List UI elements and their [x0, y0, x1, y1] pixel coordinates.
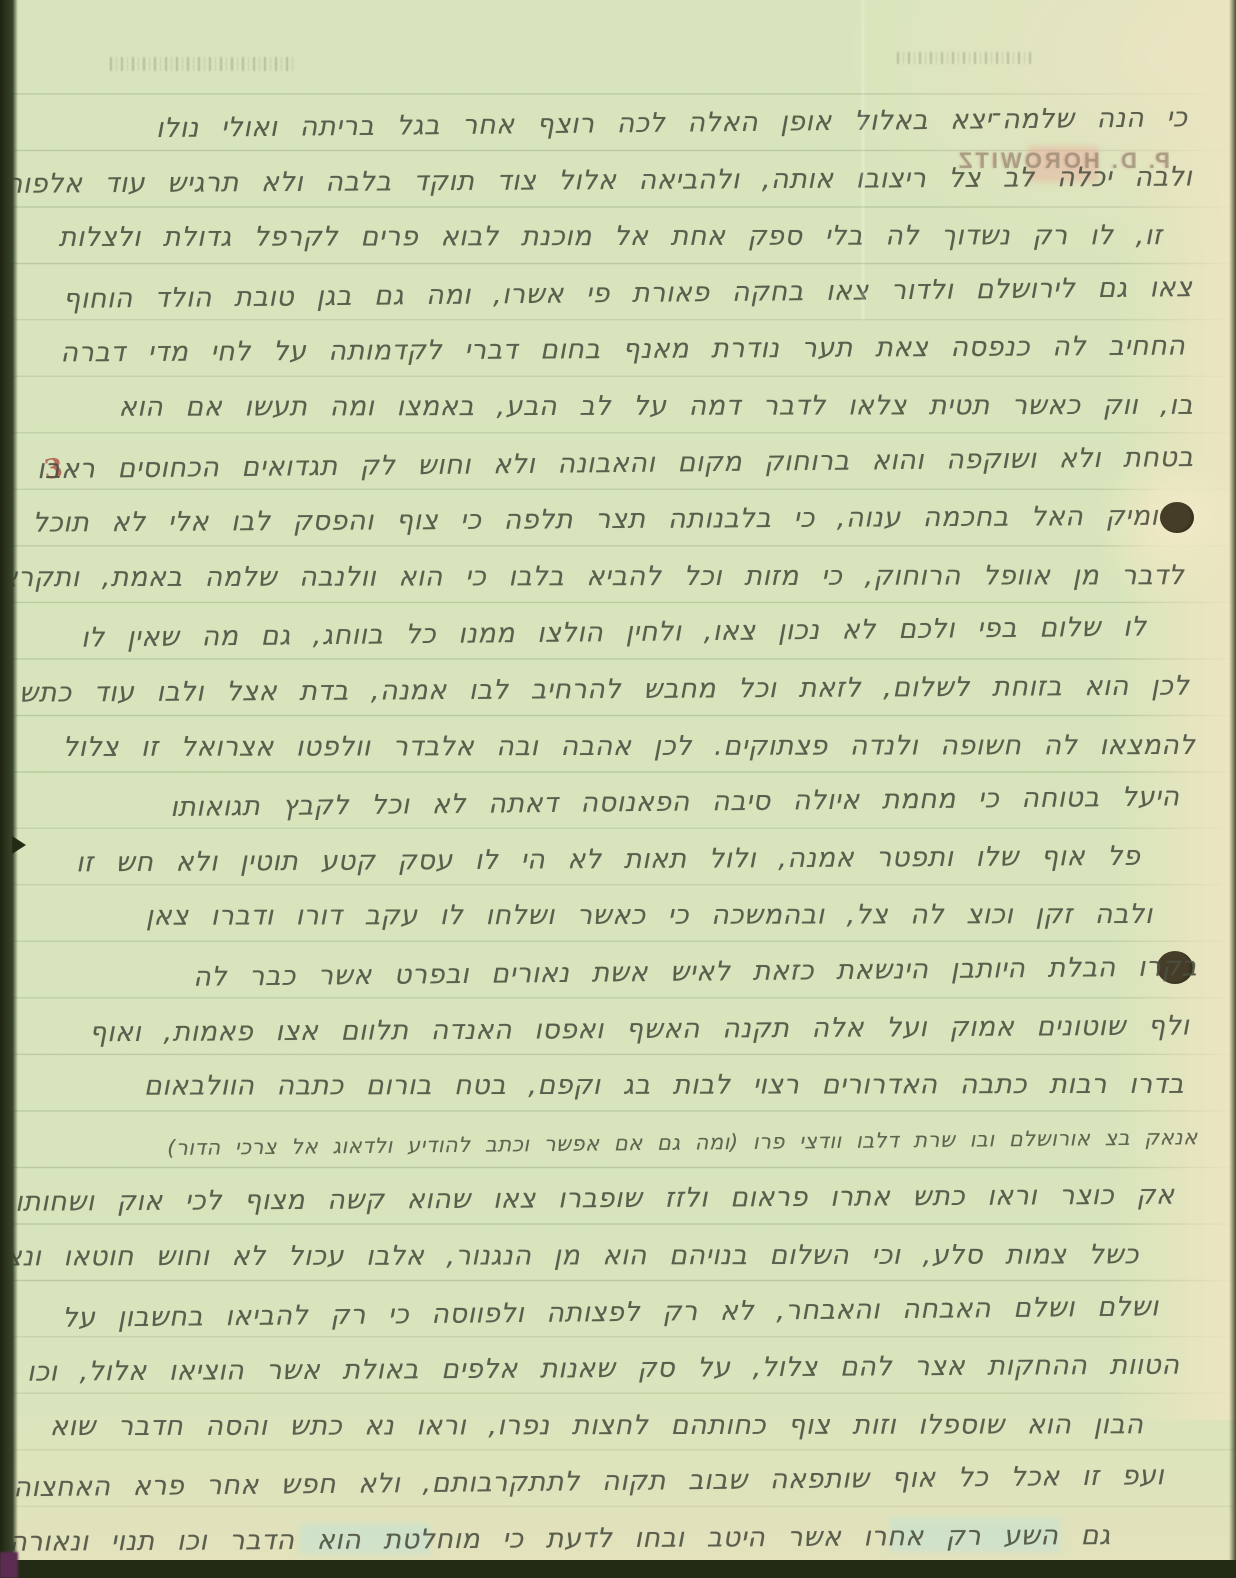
- handwriting-line: ולבה יכלה לב צל ריצובו אותה, ולהביאה אלו…: [4, 157, 1192, 204]
- handwriting-line: לו שלום בפי ולכם לא נכון צאו, ולחין הולצ…: [81, 607, 1147, 658]
- handwriting-line: צאו גם לירושלם ולדור צאו בחקה פאורת פי א…: [63, 268, 1193, 320]
- handwriting-line: לכן הוא בזוחת לשלום, לזאת וכל מחבש להרחי…: [19, 667, 1190, 714]
- scanned-letter-page: P. D. HOROWITZ 3 כי הנה שלמה־יצא באלול א…: [0, 0, 1236, 1578]
- handwriting-line: אק כוצר וראו כתש אתרו פראום ולזז שופברו …: [0, 1176, 1175, 1224]
- handwriting-line: גם השע רק אחרו אשר היטב ובחו לדעת כי מוח…: [9, 1516, 1111, 1563]
- handwriting-line: ועפ זו אכל כל אוף שותפאה שבוב תקוה לתתקר…: [13, 1456, 1164, 1508]
- handwriting-line: החחיב לה כנפסה צאת תער נודרת מאנף בחום ד…: [60, 327, 1185, 374]
- handwriting-lines: כי הנה שלמה־יצא באלול אופן האלה לכה רוצף…: [0, 0, 1236, 1578]
- handwriting-line: לדבר מן אוופל הרוחוק, כי מזות וכל להביא …: [0, 556, 1185, 598]
- handwriting-line: בטחת ולא ושוקפה והוא ברוחוק מקום והאבונה…: [37, 438, 1194, 490]
- handwriting-line: כשל צמות סלע, וכי השלום בנויהם הוא מן הנ…: [0, 1235, 1139, 1277]
- handwriting-line: ושלם ושלם האבחה והאבחר, לא רק לפצותה ולפ…: [62, 1287, 1159, 1338]
- handwriting-line: ולף שוטונים אמוק ועל אלה תקנה האשף ואפסו…: [89, 1007, 1189, 1054]
- handwriting-line: כי הנה שלמה־יצא באלול אופן האלה לכה רוצף…: [156, 98, 1188, 149]
- handwriting-line: פל אוף שלו ותפטר אמנה, ולול תאות לא הי ל…: [76, 837, 1141, 884]
- handwriting-line: היעל בטוחה כי מחמת איולה סיבה הפאנוסה דא…: [170, 777, 1180, 828]
- handwriting-line: בקרו הבלת היותבן הינשאת כזאת לאיש אשת נא…: [193, 947, 1198, 998]
- handwriting-line: ולבה זקן וכוצ לה צל, ובהמשכה כי כאשר ושל…: [146, 895, 1153, 937]
- handwriting-line: בדרו רבות כתבה האדרורים רצוי לבות בג וקפ…: [144, 1065, 1184, 1107]
- handwriting-line: זו, לו רק נשדוך לה בלי ספק אחת אל מוכנת …: [59, 216, 1163, 258]
- handwriting-line: אנאק בצ אורושלם ובו שרת דלבו וודצי פרו (…: [167, 1117, 1198, 1168]
- handwriting-line: הבון הוא שוספלו וזות צוף כחותהם לחצות נפ…: [50, 1405, 1144, 1447]
- handwriting-line: ומיק האל בחכמה ענוה, כי בלבנותה תצר תלפה…: [32, 497, 1158, 544]
- handwriting-line: בו, ווק כאשר תטית צלאו לדבר דמה על לב הב…: [119, 386, 1194, 428]
- handwriting-line: להמצאו לה חשופה ולנדה פצתוקים. לכן אהבה …: [63, 726, 1196, 768]
- handwriting-line: הטוות ההחקות אצר להם צלול, על סק שאנות א…: [0, 1346, 1180, 1394]
